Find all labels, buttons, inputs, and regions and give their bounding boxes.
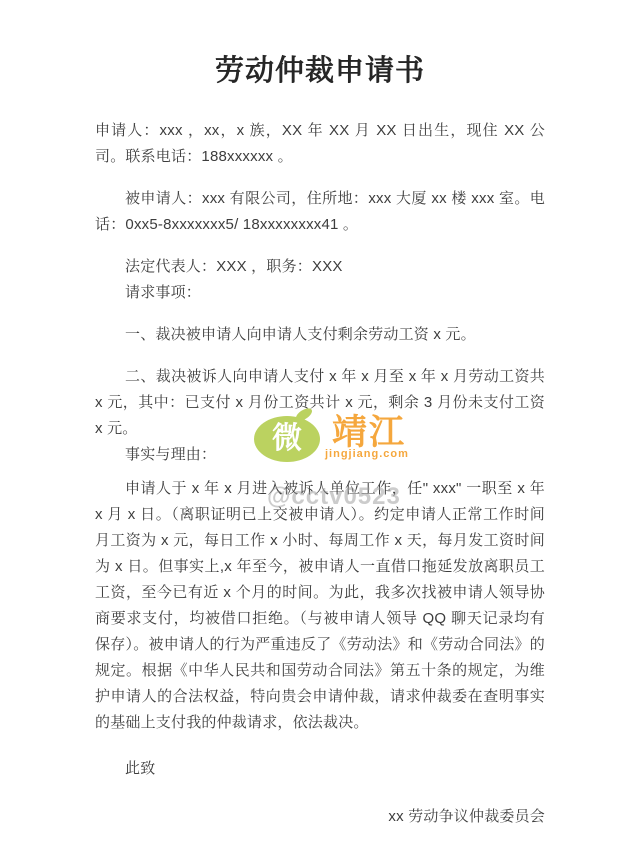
paragraph-respondent: 被申请人：xxx 有限公司，住所地：xxx 大厦 xx 楼 xxx 室。电话：0…	[95, 186, 545, 238]
document-page: 劳动仲裁申请书 申请人：xxx ，xx，x 族，XX 年 XX 月 XX 日出生…	[0, 0, 640, 855]
document-title: 劳动仲裁申请书	[0, 0, 640, 87]
paragraph-applicant: 申请人：xxx ，xx，x 族，XX 年 XX 月 XX 日出生，现住 XX 公…	[95, 118, 545, 170]
paragraph-claim-2: 二、裁决被诉人向申请人支付 x 年 x 月至 x 年 x 月劳动工资共 x 元，…	[95, 364, 545, 442]
paragraph-claims-heading: 请求事项：	[95, 280, 545, 306]
paragraph-facts: 申请人于 x 年 x 月进入被诉人单位工作，任" xxx" 一职至 x 年 x …	[95, 476, 545, 736]
paragraph-committee-signature: xx 劳动争议仲裁委员会	[95, 804, 545, 830]
document-body: 申请人：xxx ，xx，x 族，XX 年 XX 月 XX 日出生，现住 XX 公…	[0, 87, 640, 830]
paragraph-claim-1: 一、裁决被申请人向申请人支付剩余劳动工资 x 元。	[95, 322, 545, 348]
paragraph-facts-heading: 事实与理由：	[95, 442, 545, 468]
paragraph-legal-representative: 法定代表人：XXX ，职务：XXX	[95, 254, 545, 280]
paragraph-salutation: 此致	[95, 756, 545, 782]
